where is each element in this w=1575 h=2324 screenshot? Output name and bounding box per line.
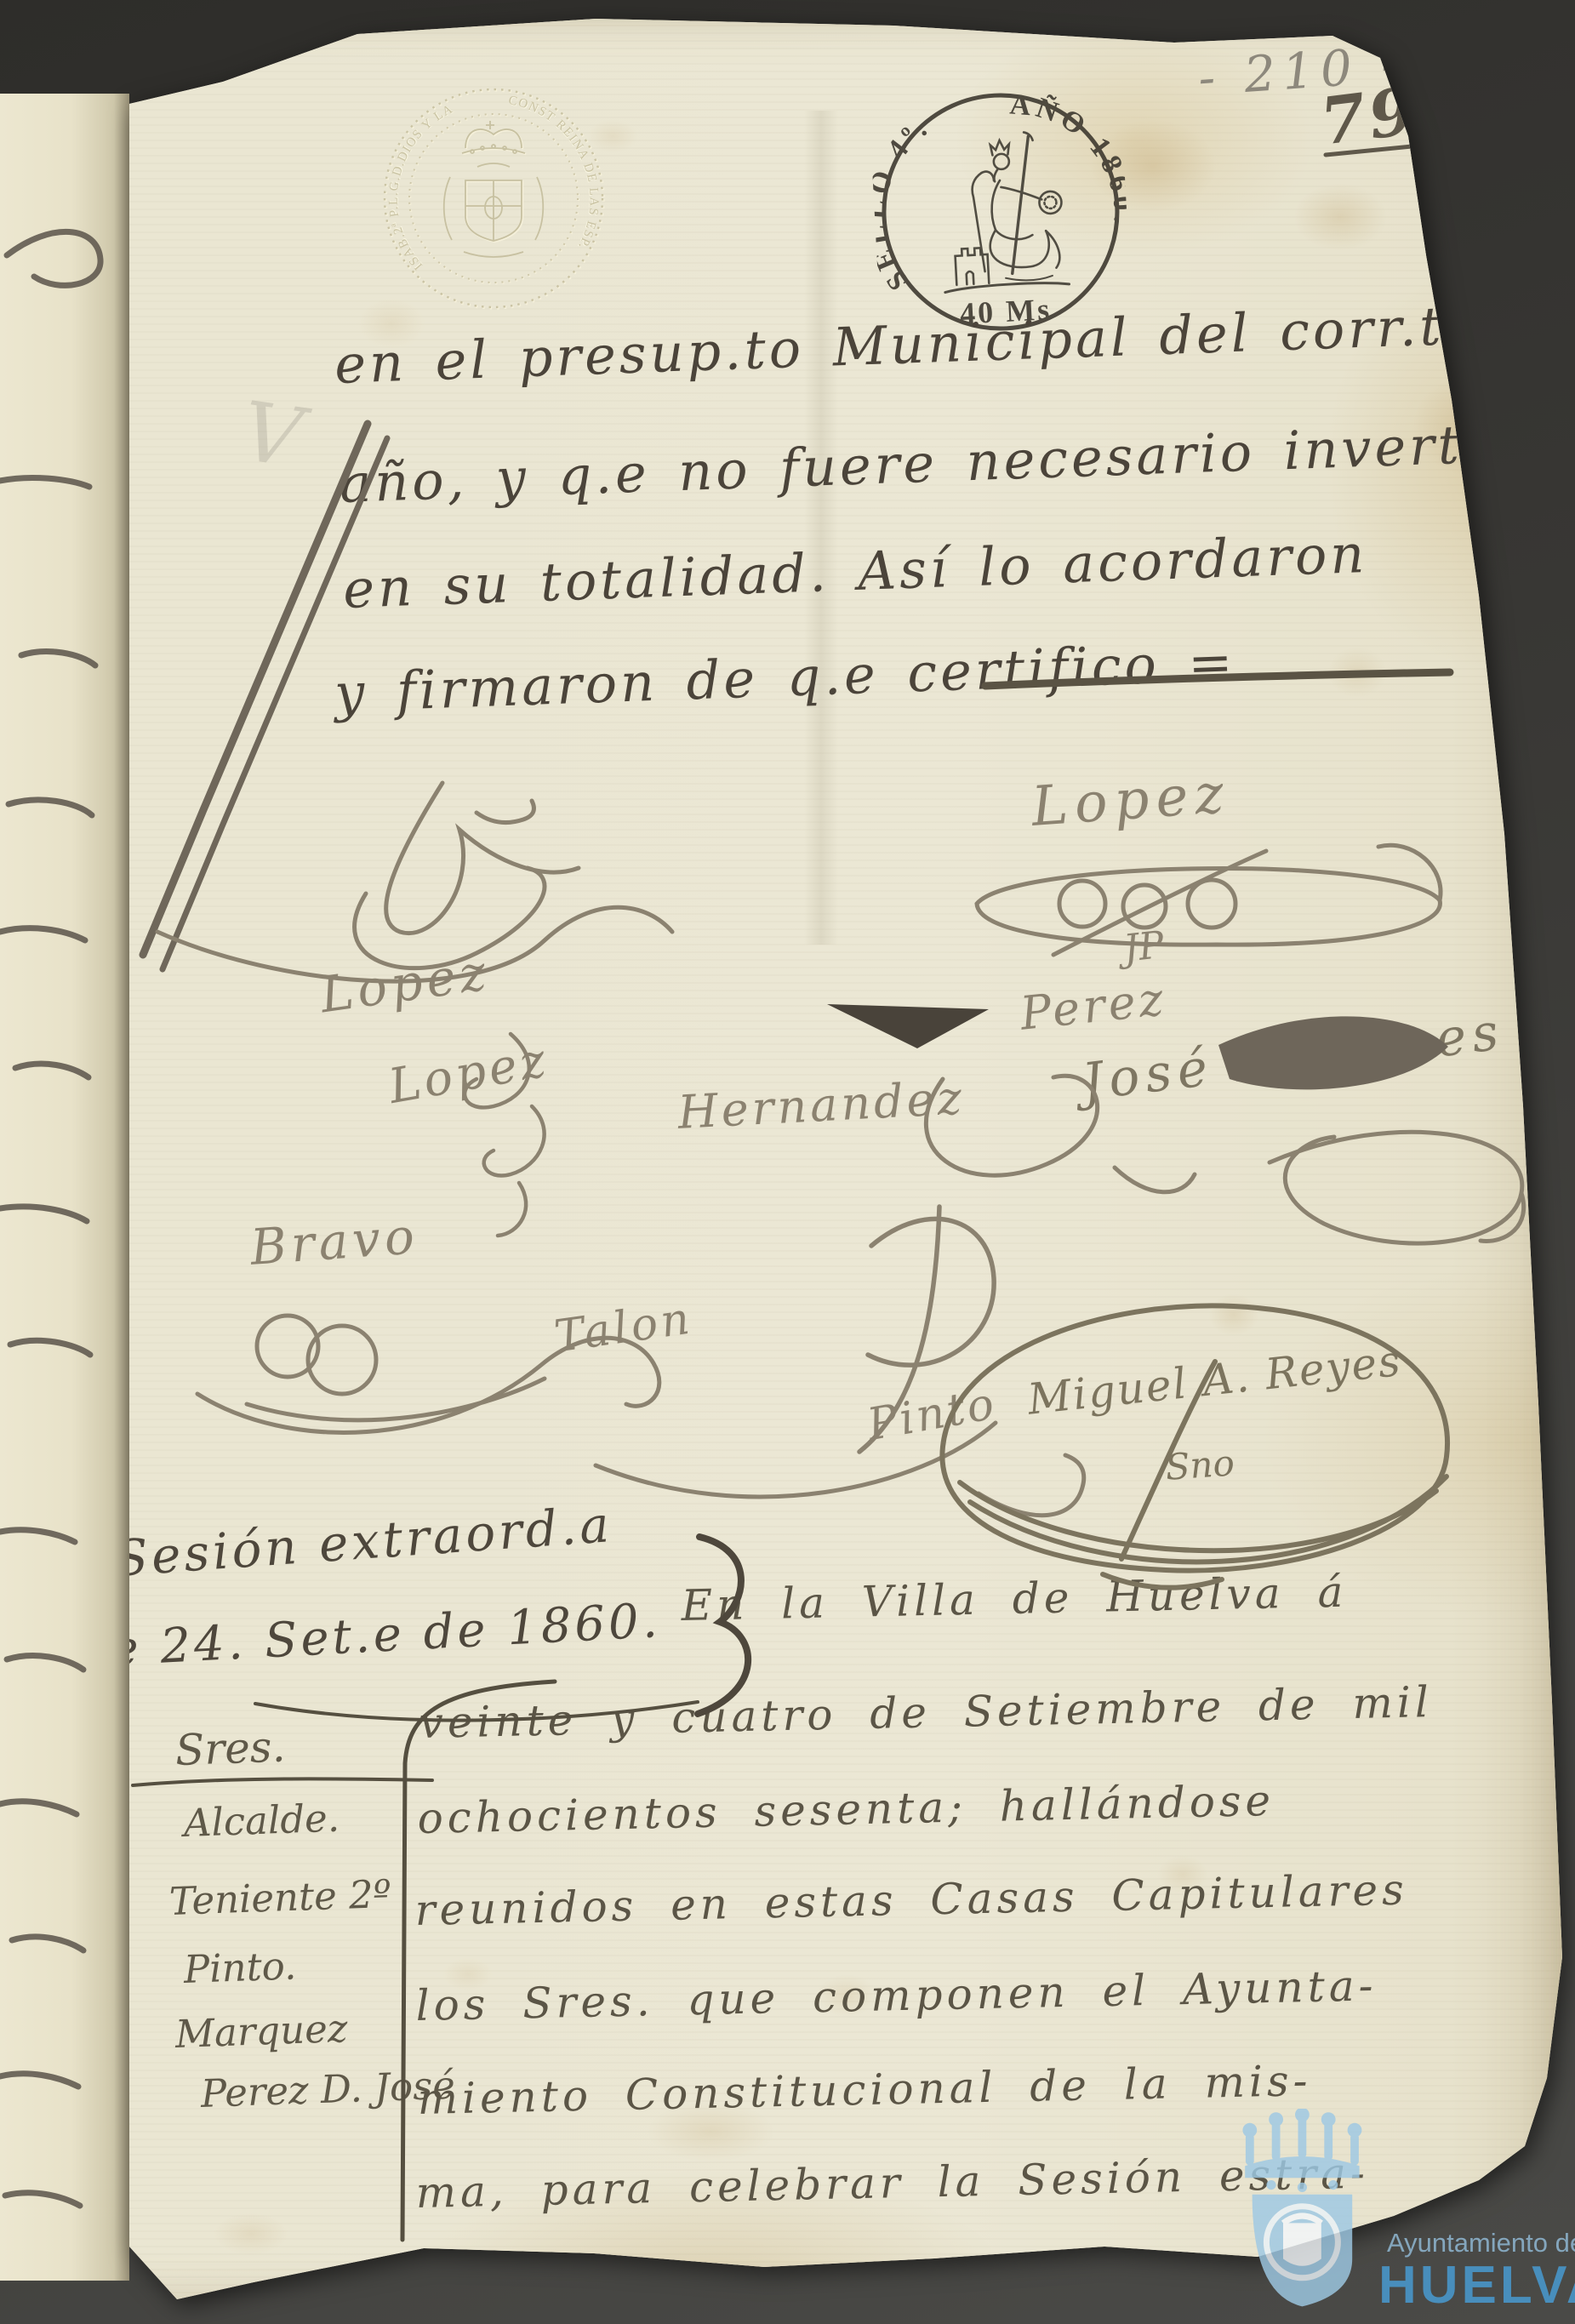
- body-line-4: reunidos en estas Casas Capitulares: [414, 1865, 1408, 1935]
- signature-secretary-abbrev: Sno: [1164, 1442, 1235, 1488]
- watermark-institution-text: Ayuntamiento de: [1387, 2228, 1575, 2258]
- document-page: ISAB.2ª P.L.G.D.DIOS Y LA CONST REINA DE…: [0, 0, 1575, 2324]
- signature-lopez-a: Lopez: [1030, 762, 1232, 839]
- signature-talon: Talon: [551, 1293, 696, 1362]
- embossed-coat-of-arms: [444, 121, 544, 257]
- body-line-7: ma, para celebrar la Sesión estra-: [415, 2149, 1369, 2218]
- folio-number: 79: [1316, 72, 1422, 159]
- body-line-3: ochocientos sesenta; hallándose: [417, 1776, 1275, 1843]
- age-stain: [1327, 647, 1387, 698]
- age-stain: [1208, 1293, 1259, 1336]
- signature-bravo: Bravo: [248, 1207, 420, 1276]
- signature-pinto: Pinto: [864, 1379, 1000, 1452]
- stamp-arc-left-text: SELLO 4º.: [868, 109, 944, 297]
- closing-paragraph-line-2: año, y q.e no fuere necesario invertirlo…: [339, 408, 1575, 515]
- body-line-2: veinte y cuatro de Setiembre de mil: [419, 1677, 1433, 1748]
- closing-paragraph-line-3: en su totalidad. Así lo acordaron: [342, 522, 1368, 620]
- margin-attendee-alcalde: Alcalde.: [183, 1796, 340, 1846]
- signature-lopez-c: Lopez: [385, 1032, 553, 1115]
- margin-attendee-teniente: Teniente 2º: [168, 1871, 392, 1924]
- signature-lopez-b: Lopez: [317, 943, 494, 1024]
- body-line-6: miento Constitucional de la mis-: [417, 2056, 1312, 2124]
- age-stain: [1395, 77, 1472, 136]
- signature-perez: Perez: [1018, 972, 1169, 1041]
- signature-hernandez: Hernandez: [676, 1071, 966, 1139]
- margin-attendees-title: Sres.: [174, 1722, 286, 1774]
- session-heading-line-1: Sesión extraord.a: [112, 1495, 614, 1588]
- body-line-5: los Sres. que componen el Ayunta-: [415, 1961, 1378, 2030]
- archive-watermark: Ayuntamiento de HUELVA: [1235, 2109, 1575, 2324]
- hispania-figure: [937, 130, 1069, 292]
- watermark-city-text: HUELVA: [1378, 2255, 1575, 2315]
- faint-pencil-mark: V: [237, 384, 308, 487]
- margin-attendee-marquez: Marquez: [174, 2006, 348, 2057]
- document-page-wrap: ISAB.2ª P.L.G.D.DIOS Y LA CONST REINA DE…: [0, 0, 1575, 2324]
- signature-perez-monogram: JP: [1121, 923, 1166, 971]
- embossed-seal-legend-left: ISAB.2ª P.L.G.D.DIOS Y LA: [387, 102, 456, 272]
- body-line-1: En la Villa de Huelva á: [681, 1567, 1348, 1630]
- margin-attendee-pinto: Pinto.: [183, 1943, 297, 1992]
- tax-stamp-sello-4: SELLO 4º. AÑO 1860. 40 Ms: [868, 80, 1133, 345]
- age-stain: [213, 2213, 289, 2255]
- embossed-royal-seal: ISAB.2ª P.L.G.D.DIOS Y LA CONST REINA DE…: [377, 82, 610, 315]
- huelva-crest-icon: [1235, 2109, 1378, 2311]
- signature-secretary: Miguel A. Reyes: [1025, 1336, 1404, 1425]
- embossed-seal-legend-right: CONST REINA DE LAS ESP.: [507, 94, 601, 252]
- session-heading-line-2: de 24. Set.e de 1860.: [75, 1593, 662, 1679]
- scanned-manuscript-page: ISAB.2ª P.L.G.D.DIOS Y LA CONST REINA DE…: [0, 0, 1575, 2324]
- age-stain: [1293, 183, 1387, 251]
- paper-crease: [804, 111, 838, 945]
- closing-paragraph-line-4: y firmaron de q.e certifico =: [334, 631, 1237, 724]
